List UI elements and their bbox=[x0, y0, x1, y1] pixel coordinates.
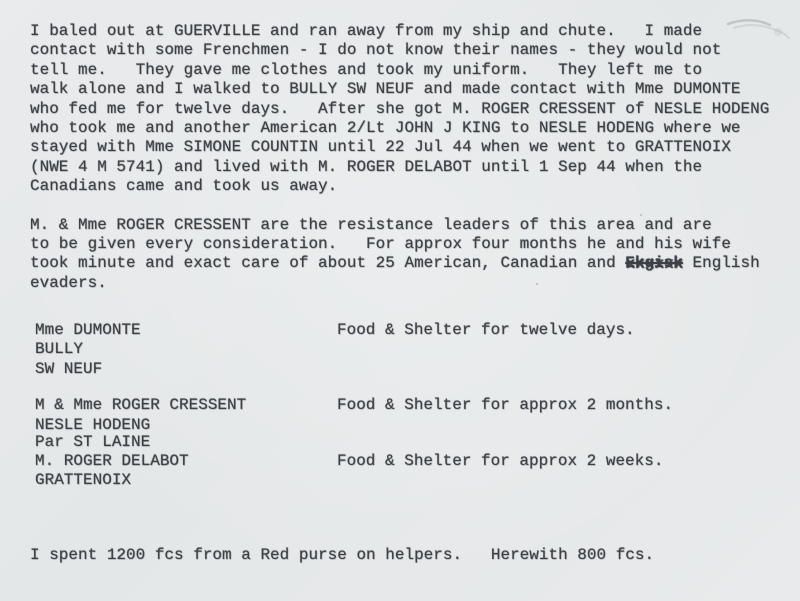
text-line: (NWE 4 M 5741) and lived with M. ROGER D… bbox=[30, 158, 776, 177]
helper-name: M. ROGER DELABOT bbox=[35, 452, 337, 471]
paragraph-resistance-leaders: M. & Mme ROGER CRESSENT are the resistan… bbox=[30, 216, 776, 294]
text-line: I spent 1200 fcs from a Red purse on hel… bbox=[30, 546, 776, 565]
text-line: stayed with Mme SIMONE COUNTIN until 22 … bbox=[30, 138, 776, 157]
helper-address-line: SW NEUF bbox=[35, 360, 337, 379]
helper-name-address: M. ROGER DELABOT GRATTENOIX bbox=[35, 452, 337, 491]
text-line: I baled out at GUERVILLE and ran away fr… bbox=[30, 22, 776, 41]
text-line: contact with some Frenchmen - I do not k… bbox=[30, 41, 776, 60]
struck-out-word: Ekgiskxxxxxx bbox=[625, 254, 683, 273]
helper-address-line: GRATTENOIX bbox=[35, 471, 337, 490]
helper-name-address: M & Mme ROGER CRESSENT NESLE HODENG Par … bbox=[35, 396, 337, 449]
service-description: Food & Shelter for approx 2 weeks. bbox=[337, 452, 776, 471]
helpers-list: Mme DUMONTE BULLY SW NEUF Food & Shelter… bbox=[30, 321, 776, 491]
scanned-document-page: I baled out at GUERVILLE and ran away fr… bbox=[0, 0, 800, 601]
text-segment: took minute and exact care of about 25 A… bbox=[30, 254, 625, 272]
text-segment: English bbox=[683, 254, 760, 272]
helper-name: M & Mme ROGER CRESSENT bbox=[35, 396, 337, 415]
helper-service: Food & Shelter for approx 2 weeks. bbox=[337, 452, 776, 491]
helper-address-line: Par ST LAINE bbox=[35, 435, 337, 449]
text-line: evaders. bbox=[30, 274, 776, 293]
paragraph-evasion-account: I baled out at GUERVILLE and ran away fr… bbox=[30, 22, 776, 197]
helper-entry-dumonte: Mme DUMONTE BULLY SW NEUF Food & Shelter… bbox=[35, 321, 776, 379]
text-line: Canadians came and took us away. bbox=[30, 177, 776, 196]
service-description: Food & Shelter for approx 2 months. bbox=[337, 396, 776, 415]
text-line-with-strikeout: took minute and exact care of about 25 A… bbox=[30, 254, 776, 273]
helper-address-line: BULLY bbox=[35, 340, 337, 359]
helper-entry-delabot: M. ROGER DELABOT GRATTENOIX Food & Shelt… bbox=[35, 452, 776, 491]
text-line: who fed me for twelve days. After she go… bbox=[30, 100, 776, 119]
expenses-statement: I spent 1200 fcs from a Red purse on hel… bbox=[30, 546, 776, 565]
helper-name: Mme DUMONTE bbox=[35, 321, 337, 340]
text-line: M. & Mme ROGER CRESSENT are the resistan… bbox=[30, 216, 776, 235]
text-line: who took me and another American 2/Lt JO… bbox=[30, 119, 776, 138]
service-description: Food & Shelter for twelve days. bbox=[337, 321, 776, 340]
text-line: tell me. They gave me clothes and took m… bbox=[30, 61, 776, 80]
helper-service: Food & Shelter for approx 2 months. bbox=[337, 396, 776, 449]
text-line: to be given every consideration. For app… bbox=[30, 235, 776, 254]
text-line: walk alone and I walked to BULLY SW NEUF… bbox=[30, 80, 776, 99]
helper-name-address: Mme DUMONTE BULLY SW NEUF bbox=[35, 321, 337, 379]
helper-service: Food & Shelter for twelve days. bbox=[337, 321, 776, 379]
strikeout-overtype: xxxxxx bbox=[626, 255, 684, 274]
helper-entry-cressent: M & Mme ROGER CRESSENT NESLE HODENG Par … bbox=[35, 396, 776, 449]
